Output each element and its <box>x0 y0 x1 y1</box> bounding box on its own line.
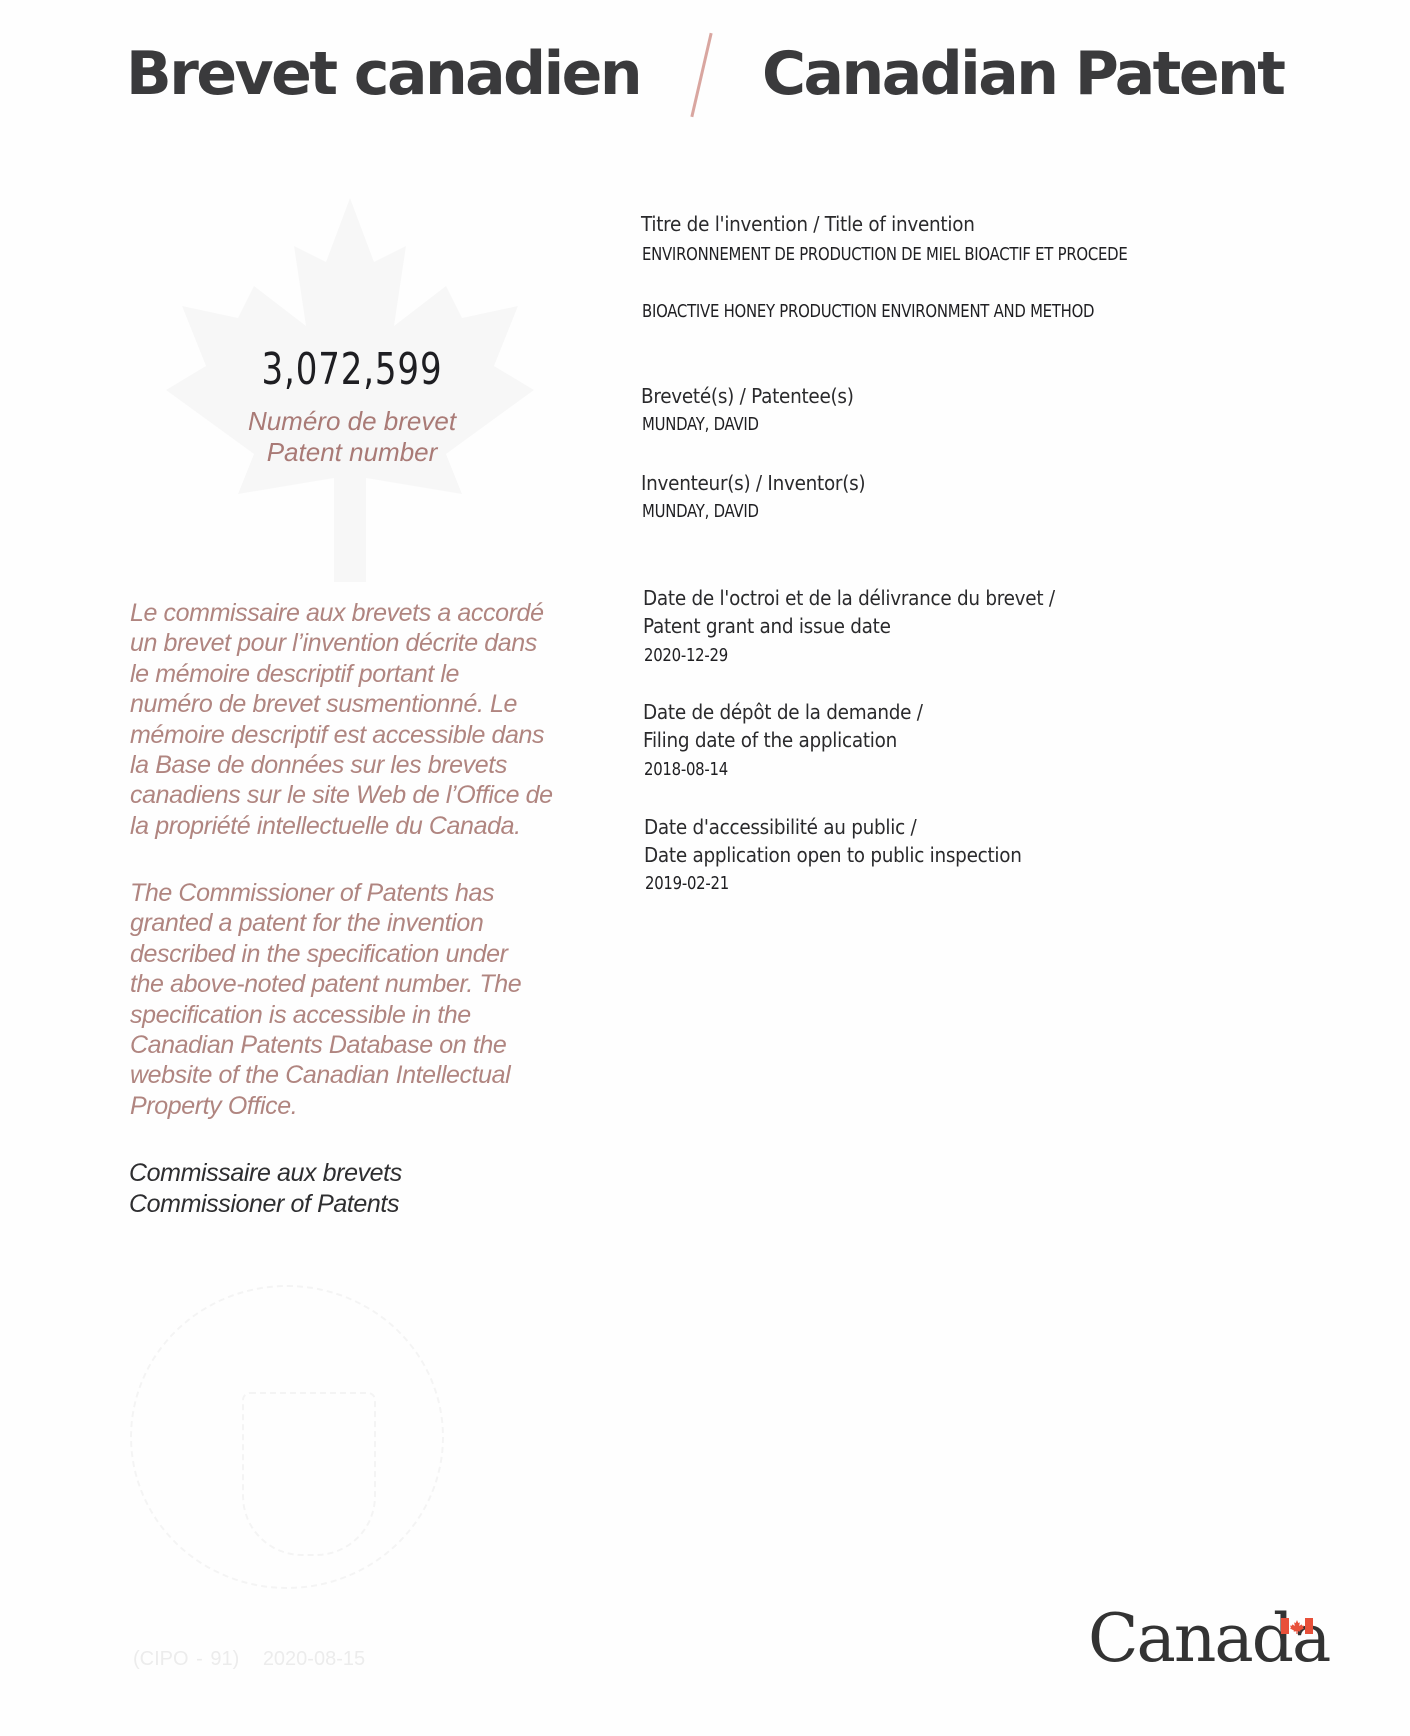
statement-fr-line: numéro de brevet susmentionné. Le <box>130 689 590 719</box>
statement-en-line: granted a patent for the invention <box>130 908 590 938</box>
invention-title-en: BIOACTIVE HONEY PRODUCTION ENVIRONMENT A… <box>642 302 1094 322</box>
patent-number: 3,072,599 <box>197 344 507 395</box>
canada-flag-icon <box>1281 1618 1313 1634</box>
grant-date-label-fr: Date de l'octroi et de la délivrance du … <box>643 586 1055 610</box>
statement-fr-line: le mémoire descriptif portant le <box>130 659 590 689</box>
public-date-value: 2019-02-21 <box>645 874 729 894</box>
statement-fr-line: mémoire descriptif est accessible dans <box>130 720 590 750</box>
embossed-seal <box>130 1285 444 1589</box>
statement-fr-line: la Base de données sur les brevets <box>130 750 590 780</box>
statement-en-line: Canadian Patents Database on the <box>130 1030 590 1060</box>
filing-date-value: 2018-08-14 <box>644 760 728 780</box>
statement-en-line: Property Office. <box>130 1091 590 1121</box>
statement-fr-line: Le commissaire aux brevets a accordé <box>130 598 590 628</box>
inventor-label: Inventeur(s) / Inventor(s) <box>641 471 865 495</box>
form-code-id: (CIPO - 91) <box>133 1648 239 1670</box>
statement-en-line: specification is accessible in the <box>130 1000 590 1030</box>
inventor-value: MUNDAY, DAVID <box>642 502 759 522</box>
patent-number-label-en: Patent number <box>172 437 532 468</box>
statement-fr-line: un brevet pour l’invention décrite dans <box>130 628 590 658</box>
form-code-date: 2020-08-15 <box>263 1648 365 1670</box>
seal-shield-icon <box>242 1392 376 1556</box>
patent-number-label-fr: Numéro de brevet <box>172 406 532 437</box>
signature-title-fr: Commissaire aux brevets <box>129 1158 402 1189</box>
statement-fr-line: la propriété intellectuelle du Canada. <box>130 811 590 841</box>
title-en: Canadian Patent <box>762 44 1283 104</box>
grant-date-label-en: Patent grant and issue date <box>643 614 891 638</box>
filing-date-label-en: Filing date of the application <box>643 728 897 752</box>
patentee-label: Breveté(s) / Patentee(s) <box>641 384 854 408</box>
header-divider <box>690 33 712 117</box>
signature-title-en: Commissioner of Patents <box>129 1189 402 1220</box>
statement-en: The Commissioner of Patents has granted … <box>130 878 590 1121</box>
statement-fr-line: canadiens sur le site Web de l’Office de <box>130 780 590 810</box>
statement-en-line: website of the Canadian Intellectual <box>130 1060 590 1090</box>
public-date-label-fr: Date d'accessibilité au public / <box>644 815 916 839</box>
statement-fr: Le commissaire aux brevets a accordé un … <box>130 598 590 841</box>
invention-title-label: Titre de l'invention / Title of inventio… <box>641 212 975 236</box>
statement-en-line: described in the specification under <box>130 939 590 969</box>
public-date-label-en: Date application open to public inspecti… <box>644 843 1022 867</box>
canada-wordmark: Canada <box>1088 1606 1329 1672</box>
commissioner-signature-block: Commissaire aux brevets Commissioner of … <box>129 1158 402 1220</box>
statement-en-line: the above-noted patent number. The <box>130 969 590 999</box>
statement-en-line: The Commissioner of Patents has <box>130 878 590 908</box>
title-fr: Brevet canadien <box>126 44 640 104</box>
filing-date-label-fr: Date de dépôt de la demande / <box>643 700 923 724</box>
patentee-value: MUNDAY, DAVID <box>642 415 759 435</box>
invention-title-fr: ENVIRONNEMENT DE PRODUCTION DE MIEL BIOA… <box>642 245 1127 265</box>
form-code: (CIPO - 91) 2020-08-15 <box>133 1648 381 1671</box>
grant-date-value: 2020-12-29 <box>644 646 728 666</box>
